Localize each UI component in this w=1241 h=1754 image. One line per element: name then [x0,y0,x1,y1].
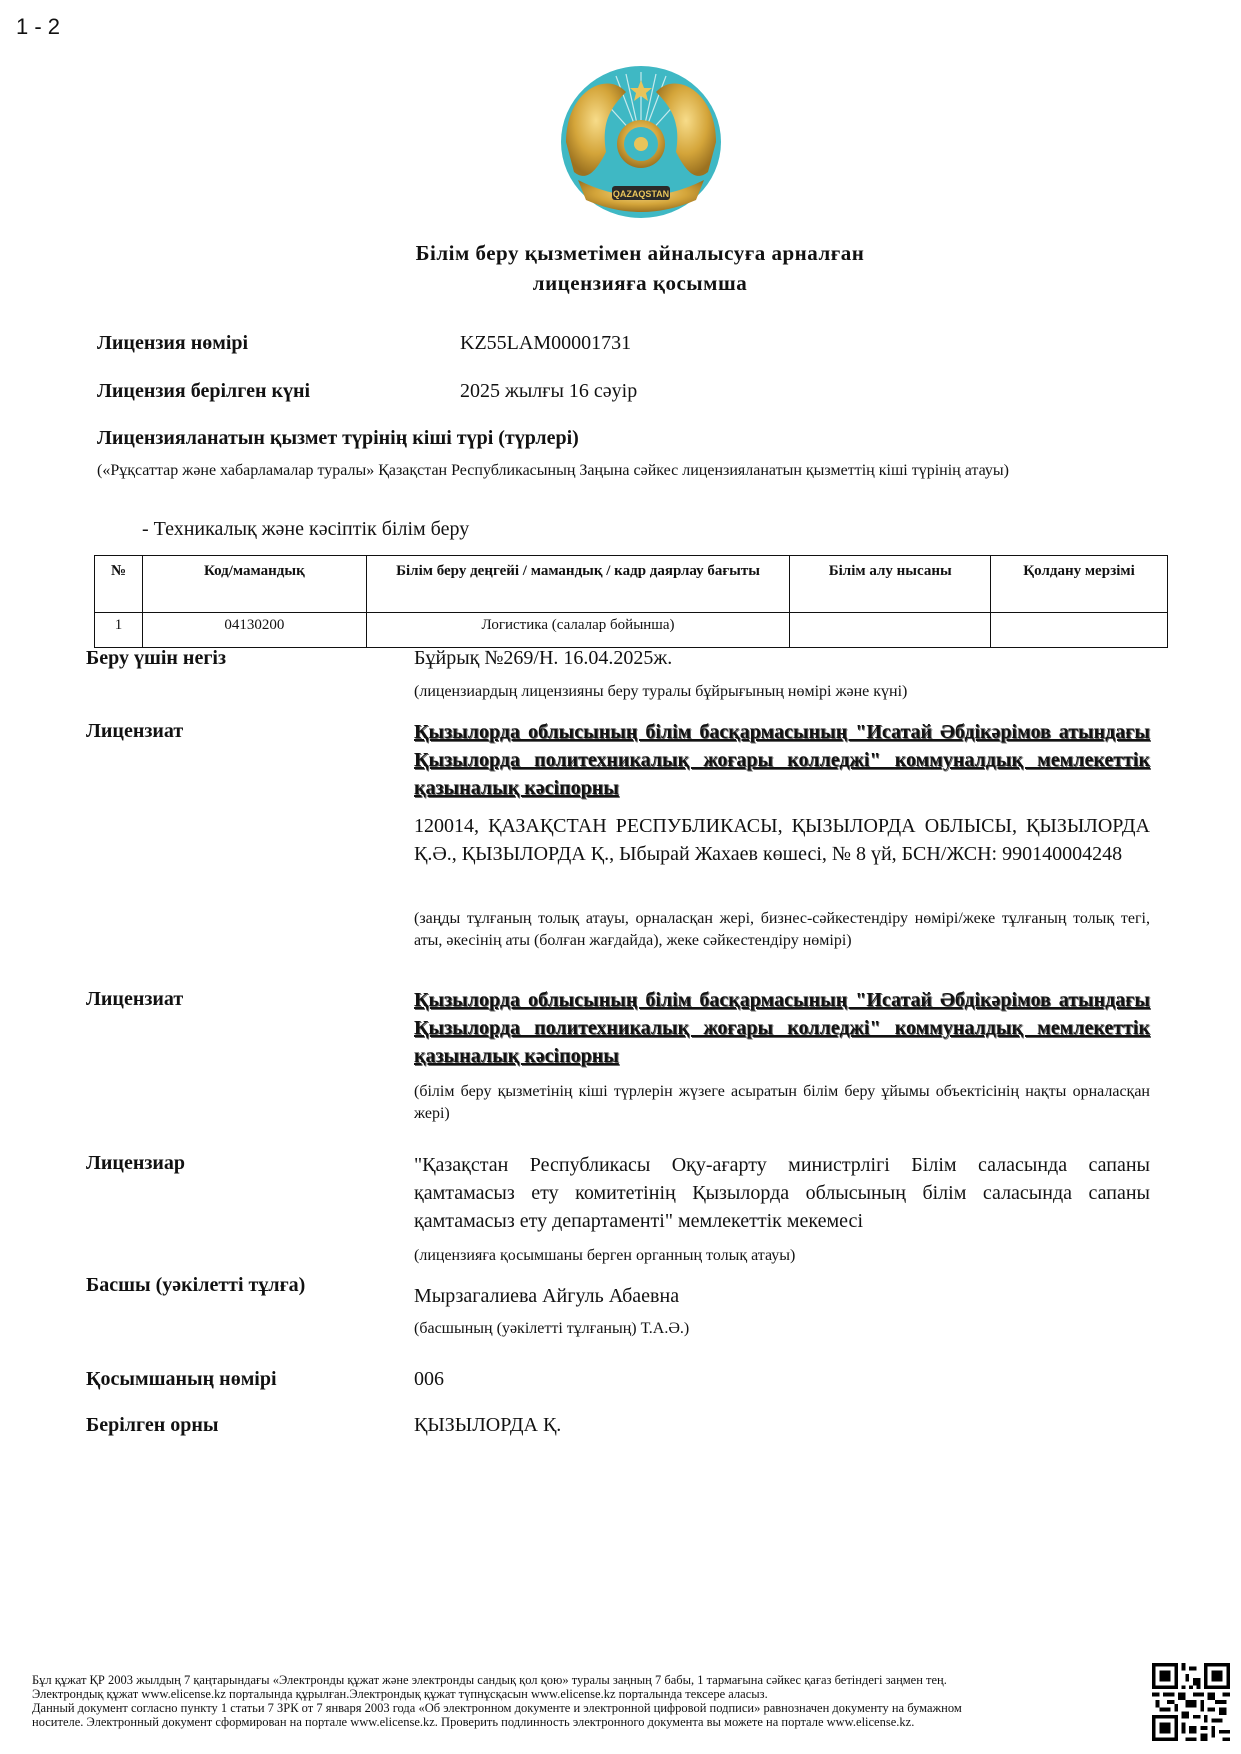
col-header-number: № [95,556,143,613]
basis-value: Бұйрық №269/Н. 16.04.2025ж. [414,647,672,670]
specialty-table: № Код/мамандық Білім беру деңгейі / мама… [94,555,1168,648]
basis-note: (лицензиардың лицензияны беру туралы бұй… [414,681,907,703]
head-value: Мырзагалиева Айгуль Абаевна [414,1285,679,1308]
licensor-label: Лицензиар [86,1152,185,1175]
title-line-1: Білім беру қызметімен айналысуға арналға… [300,238,980,268]
col-header-level: Білім беру деңгейі / мамандық / кадр дая… [366,556,790,613]
licensor-note: (лицензияға қосымшаны берген органның то… [414,1245,795,1267]
license-date-label: Лицензия берілген күні [97,380,310,403]
licensee-location-name: Қызылорда облысының білім басқармасының … [414,986,1150,1070]
col-header-code: Код/мамандық [142,556,366,613]
page-number: 1 - 2 [16,14,60,40]
footer-line: носителе. Электронный документ сформиров… [32,1715,1132,1729]
appendix-number-label: Қосымшаның нөмірі [86,1368,277,1391]
head-label: Басшы (уәкілетті тұлға) [86,1274,305,1297]
licensee-note: (заңды тұлғаның толық атауы, орналасқан … [414,908,1150,952]
title-line-2: лицензияға қосымша [300,268,980,298]
legal-footer: Бұл құжат ҚР 2003 жылдың 7 қаңтарындағы … [32,1673,1132,1729]
license-number-label: Лицензия нөмірі [97,332,248,355]
col-header-term: Қолдану мерзімі [991,556,1168,613]
licensor-value: "Қазақстан Республикасы Оқу-ағарту минис… [414,1151,1150,1235]
basis-label: Беру үшін негіз [86,647,226,670]
state-emblem-icon: QAZAQSTAN [556,62,726,224]
licensee-location-label: Лицензиат [86,988,183,1011]
qr-code-icon [1152,1663,1230,1741]
footer-line: Бұл құжат ҚР 2003 жылдың 7 қаңтарындағы … [32,1673,1132,1687]
license-date-value: 2025 жылғы 16 сәуір [460,380,637,403]
cell-number: 1 [95,613,143,648]
cell-specialty: Логистика (салалар бойынша) [366,613,790,648]
document-title: Білім беру қызметімен айналысуға арналға… [300,238,980,298]
license-number-value: KZ55LAM00001731 [460,332,631,355]
table-header-row: № Код/мамандық Білім беру деңгейі / мама… [95,556,1168,613]
appendix-number-value: 006 [414,1368,444,1391]
head-note: (басшының (уәкілетті тұлғаның) Т.А.Ә.) [414,1318,689,1340]
licensee-name: Қызылорда облысының білім басқармасының … [414,718,1150,802]
place-value: ҚЫЗЫЛОРДА Қ. [414,1414,561,1437]
licensee-location-note: (білім беру қызметінің кіші түрлерін жүз… [414,1081,1150,1125]
footer-line: Электрондық құжат www.elicense.kz портал… [32,1687,1132,1701]
cell-term [991,613,1168,648]
subtype-item: - Техникалық және кәсіптік білім беру [142,518,469,541]
cell-form [790,613,991,648]
place-label: Берілген орны [86,1414,218,1437]
svg-text:QAZAQSTAN: QAZAQSTAN [613,189,669,199]
footer-line: Данный документ согласно пункту 1 статьи… [32,1701,1132,1715]
licensee-label: Лицензиат [86,720,183,743]
subtype-note: («Рұқсаттар және хабарламалар туралы» Қа… [97,460,1147,482]
table-row: 1 04130200 Логистика (салалар бойынша) [95,613,1168,648]
col-header-form: Білім алу нысаны [790,556,991,613]
cell-code: 04130200 [142,613,366,648]
licensee-address: 120014, ҚАЗАҚСТАН РЕСПУБЛИКАСЫ, ҚЫЗЫЛОРД… [414,812,1150,868]
subtype-label: Лицензияланатын қызмет түрінің кіші түрі… [97,427,579,450]
